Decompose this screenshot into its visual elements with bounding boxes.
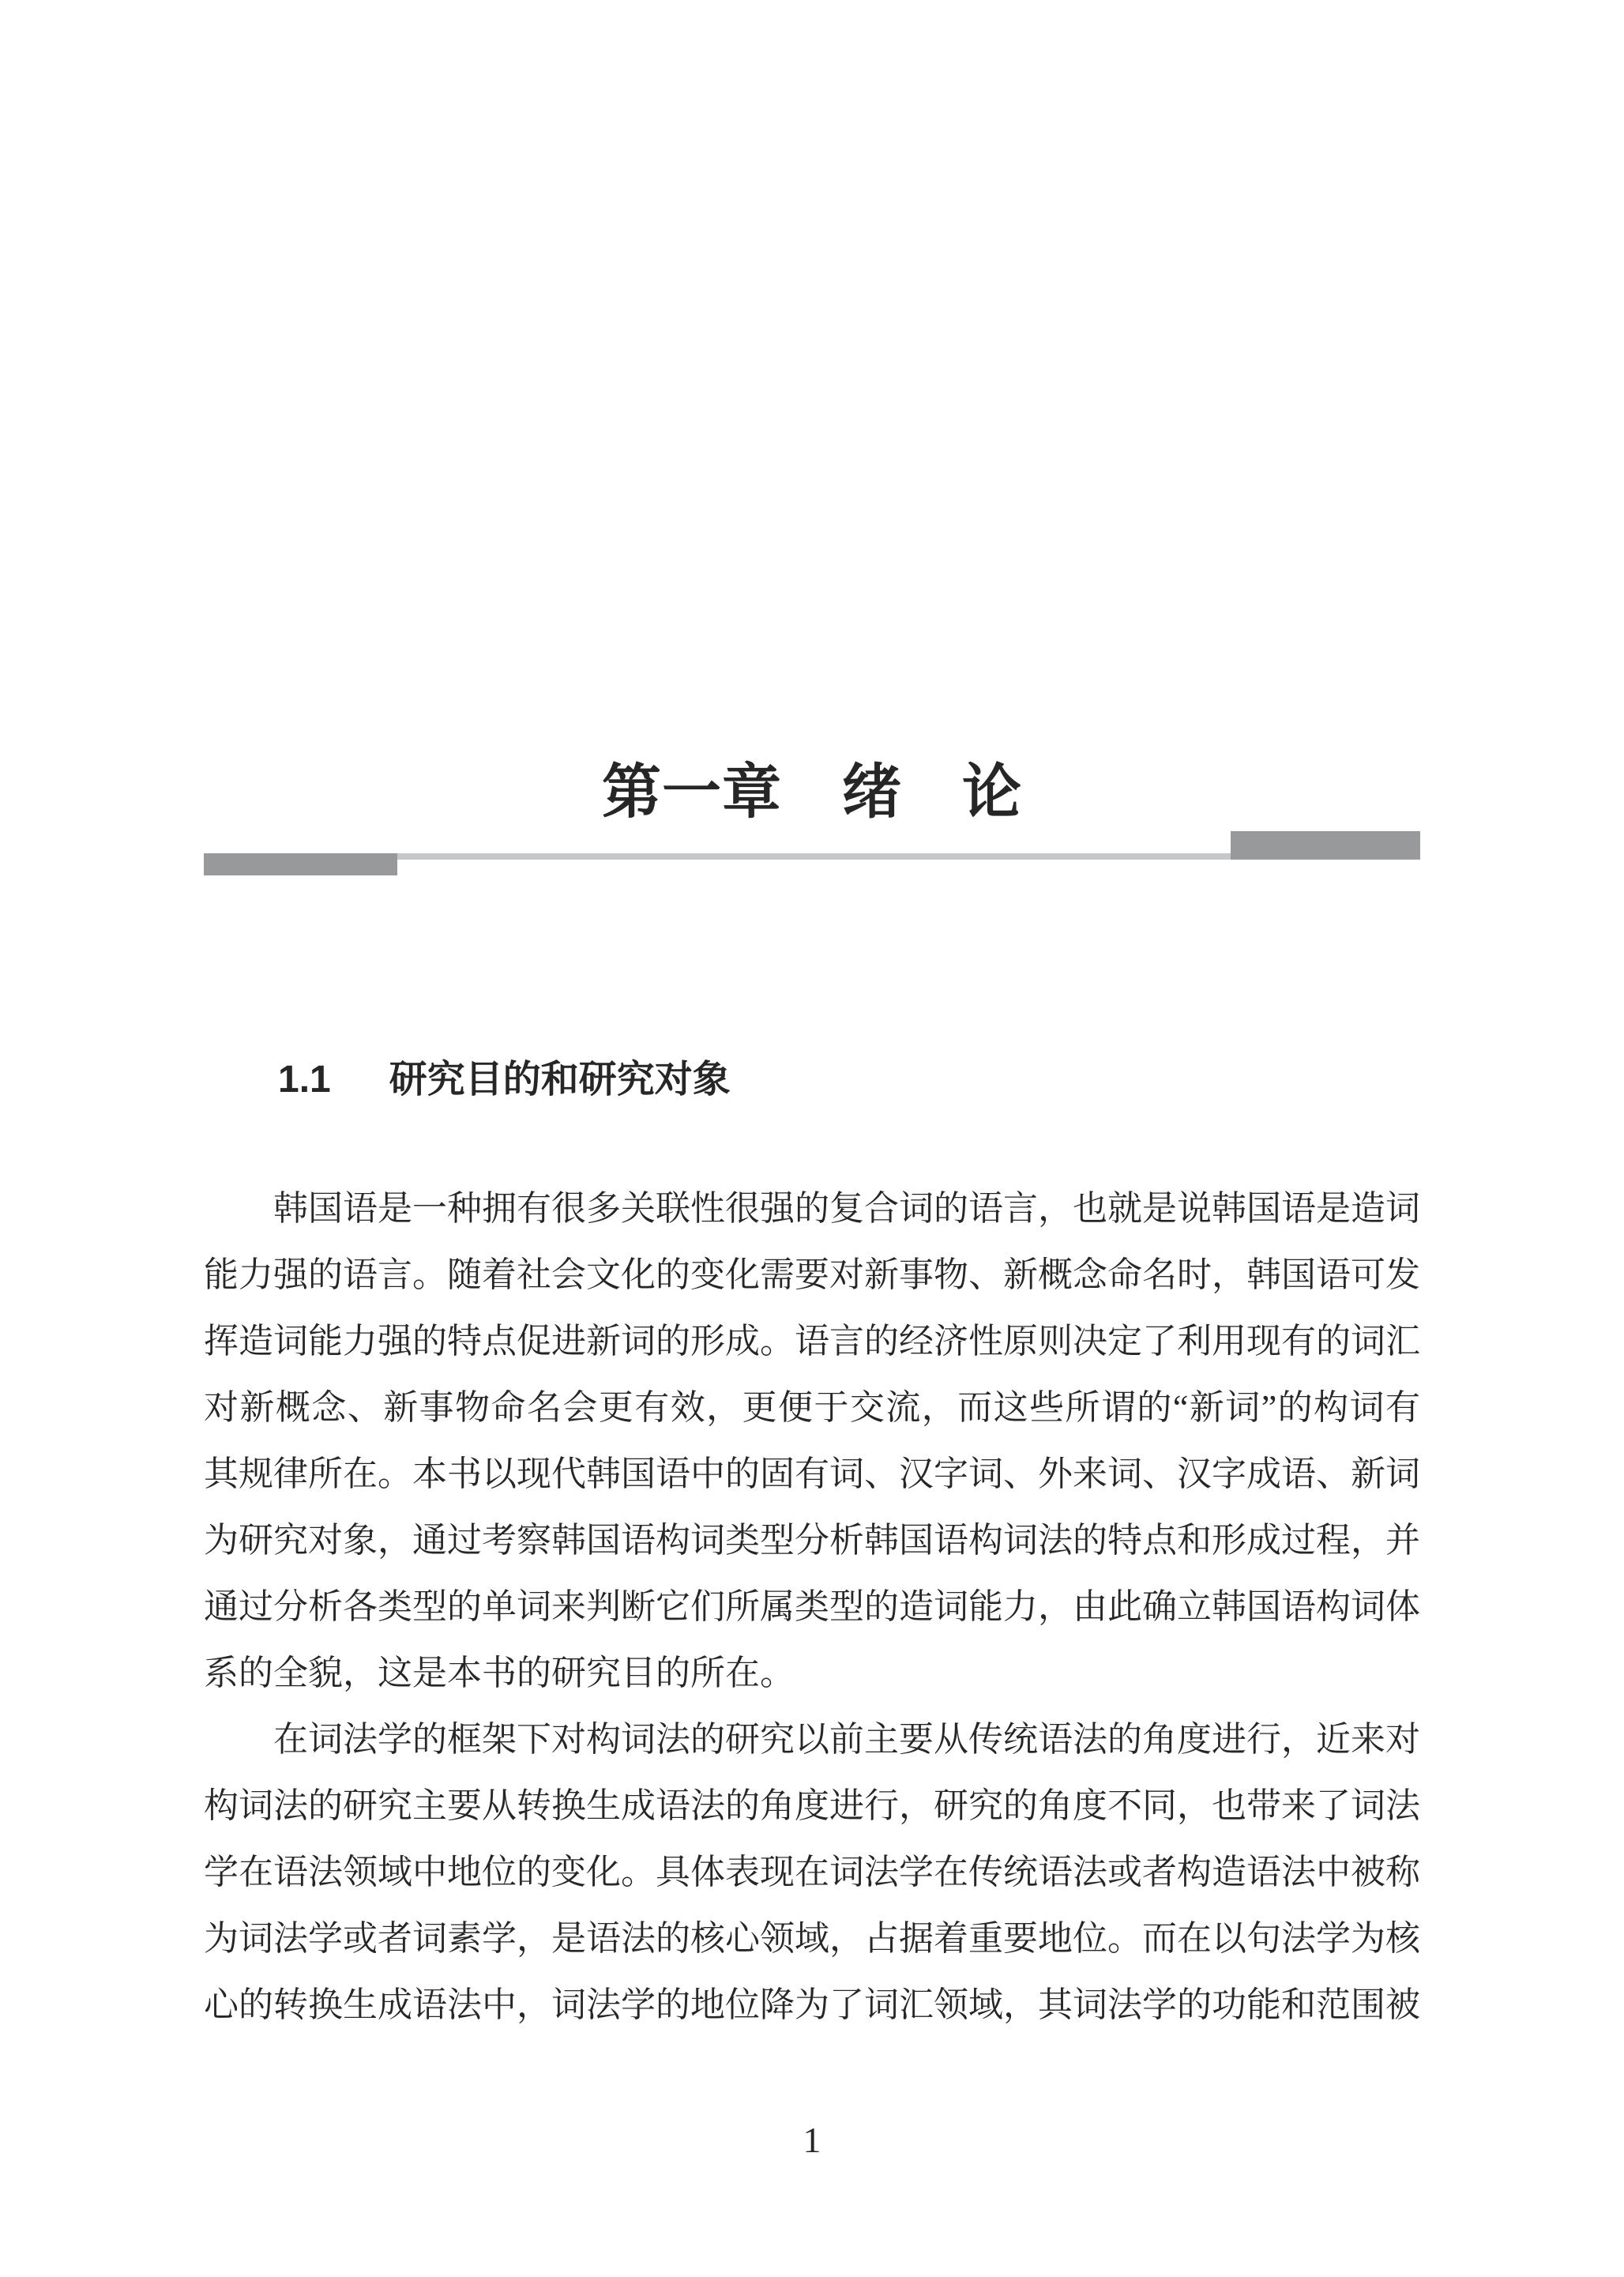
section-heading: 1.1研究目的和研究对象 <box>278 1057 731 1103</box>
paragraph: 韩国语是一种拥有很多关联性很强的复合词的语言，也就是说韩国语是造词能力强的语言。… <box>204 1176 1420 1707</box>
page-number: 1 <box>0 2121 1624 2161</box>
text-line: 学在语法领域中地位的变化。具体表现在词法学在传统语法或者构造语法中被称 <box>204 1839 1420 1906</box>
text-line: 能力强的语言。随着社会文化的变化需要对新事物、新概念命名时，韩国语可发 <box>204 1242 1420 1308</box>
text-line: 通过分析各类型的单词来判断它们所属类型的造词能力，由此确立韩国语构词体 <box>204 1574 1420 1640</box>
section-title: 研究目的和研究对象 <box>389 1059 731 1101</box>
text-line: 在词法学的框架下对构词法的研究以前主要从传统语法的角度进行，近来对 <box>204 1707 1420 1773</box>
book-page: 第一章 绪 论 1.1研究目的和研究对象 韩国语是一种拥有很多关联性很强的复合词… <box>0 0 1624 2277</box>
chapter-title: 第一章 绪 论 <box>0 763 1624 822</box>
text-line: 其规律所在。本书以现代韩国语中的固有词、汉字词、外来词、汉字成语、新词 <box>204 1441 1420 1507</box>
decoration-bar-right <box>1231 831 1420 860</box>
text-line: 系的全貌，这是本书的研究目的所在。 <box>204 1640 1420 1707</box>
text-line: 为研究对象，通过考察韩国语构词类型分析韩国语构词法的特点和形成过程，并 <box>204 1507 1420 1574</box>
text-line: 挥造词能力强的特点促进新词的形成。语言的经济性原则决定了利用现有的词汇 <box>204 1308 1420 1375</box>
text-line: 构词法的研究主要从转换生成语法的角度进行，研究的角度不同，也带来了词法 <box>204 1773 1420 1839</box>
text-line: 对新概念、新事物命名会更有效，更便于交流，而这些所谓的“新词”的构词有 <box>204 1375 1420 1441</box>
section-number: 1.1 <box>278 1057 331 1103</box>
body-text: 韩国语是一种拥有很多关联性很强的复合词的语言，也就是说韩国语是造词能力强的语言。… <box>204 1176 1420 2038</box>
paragraph: 在词法学的框架下对构词法的研究以前主要从传统语法的角度进行，近来对构词法的研究主… <box>204 1707 1420 2038</box>
text-line: 心的转换生成语法中，词法学的地位降为了词汇领域，其词法学的功能和范围被 <box>204 1972 1420 2038</box>
text-line: 为词法学或者词素学，是语法的核心领域，占据着重要地位。而在以句法学为核 <box>204 1906 1420 1972</box>
decoration-bar-left <box>204 853 397 875</box>
text-line: 韩国语是一种拥有很多关联性很强的复合词的语言，也就是说韩国语是造词 <box>204 1176 1420 1242</box>
